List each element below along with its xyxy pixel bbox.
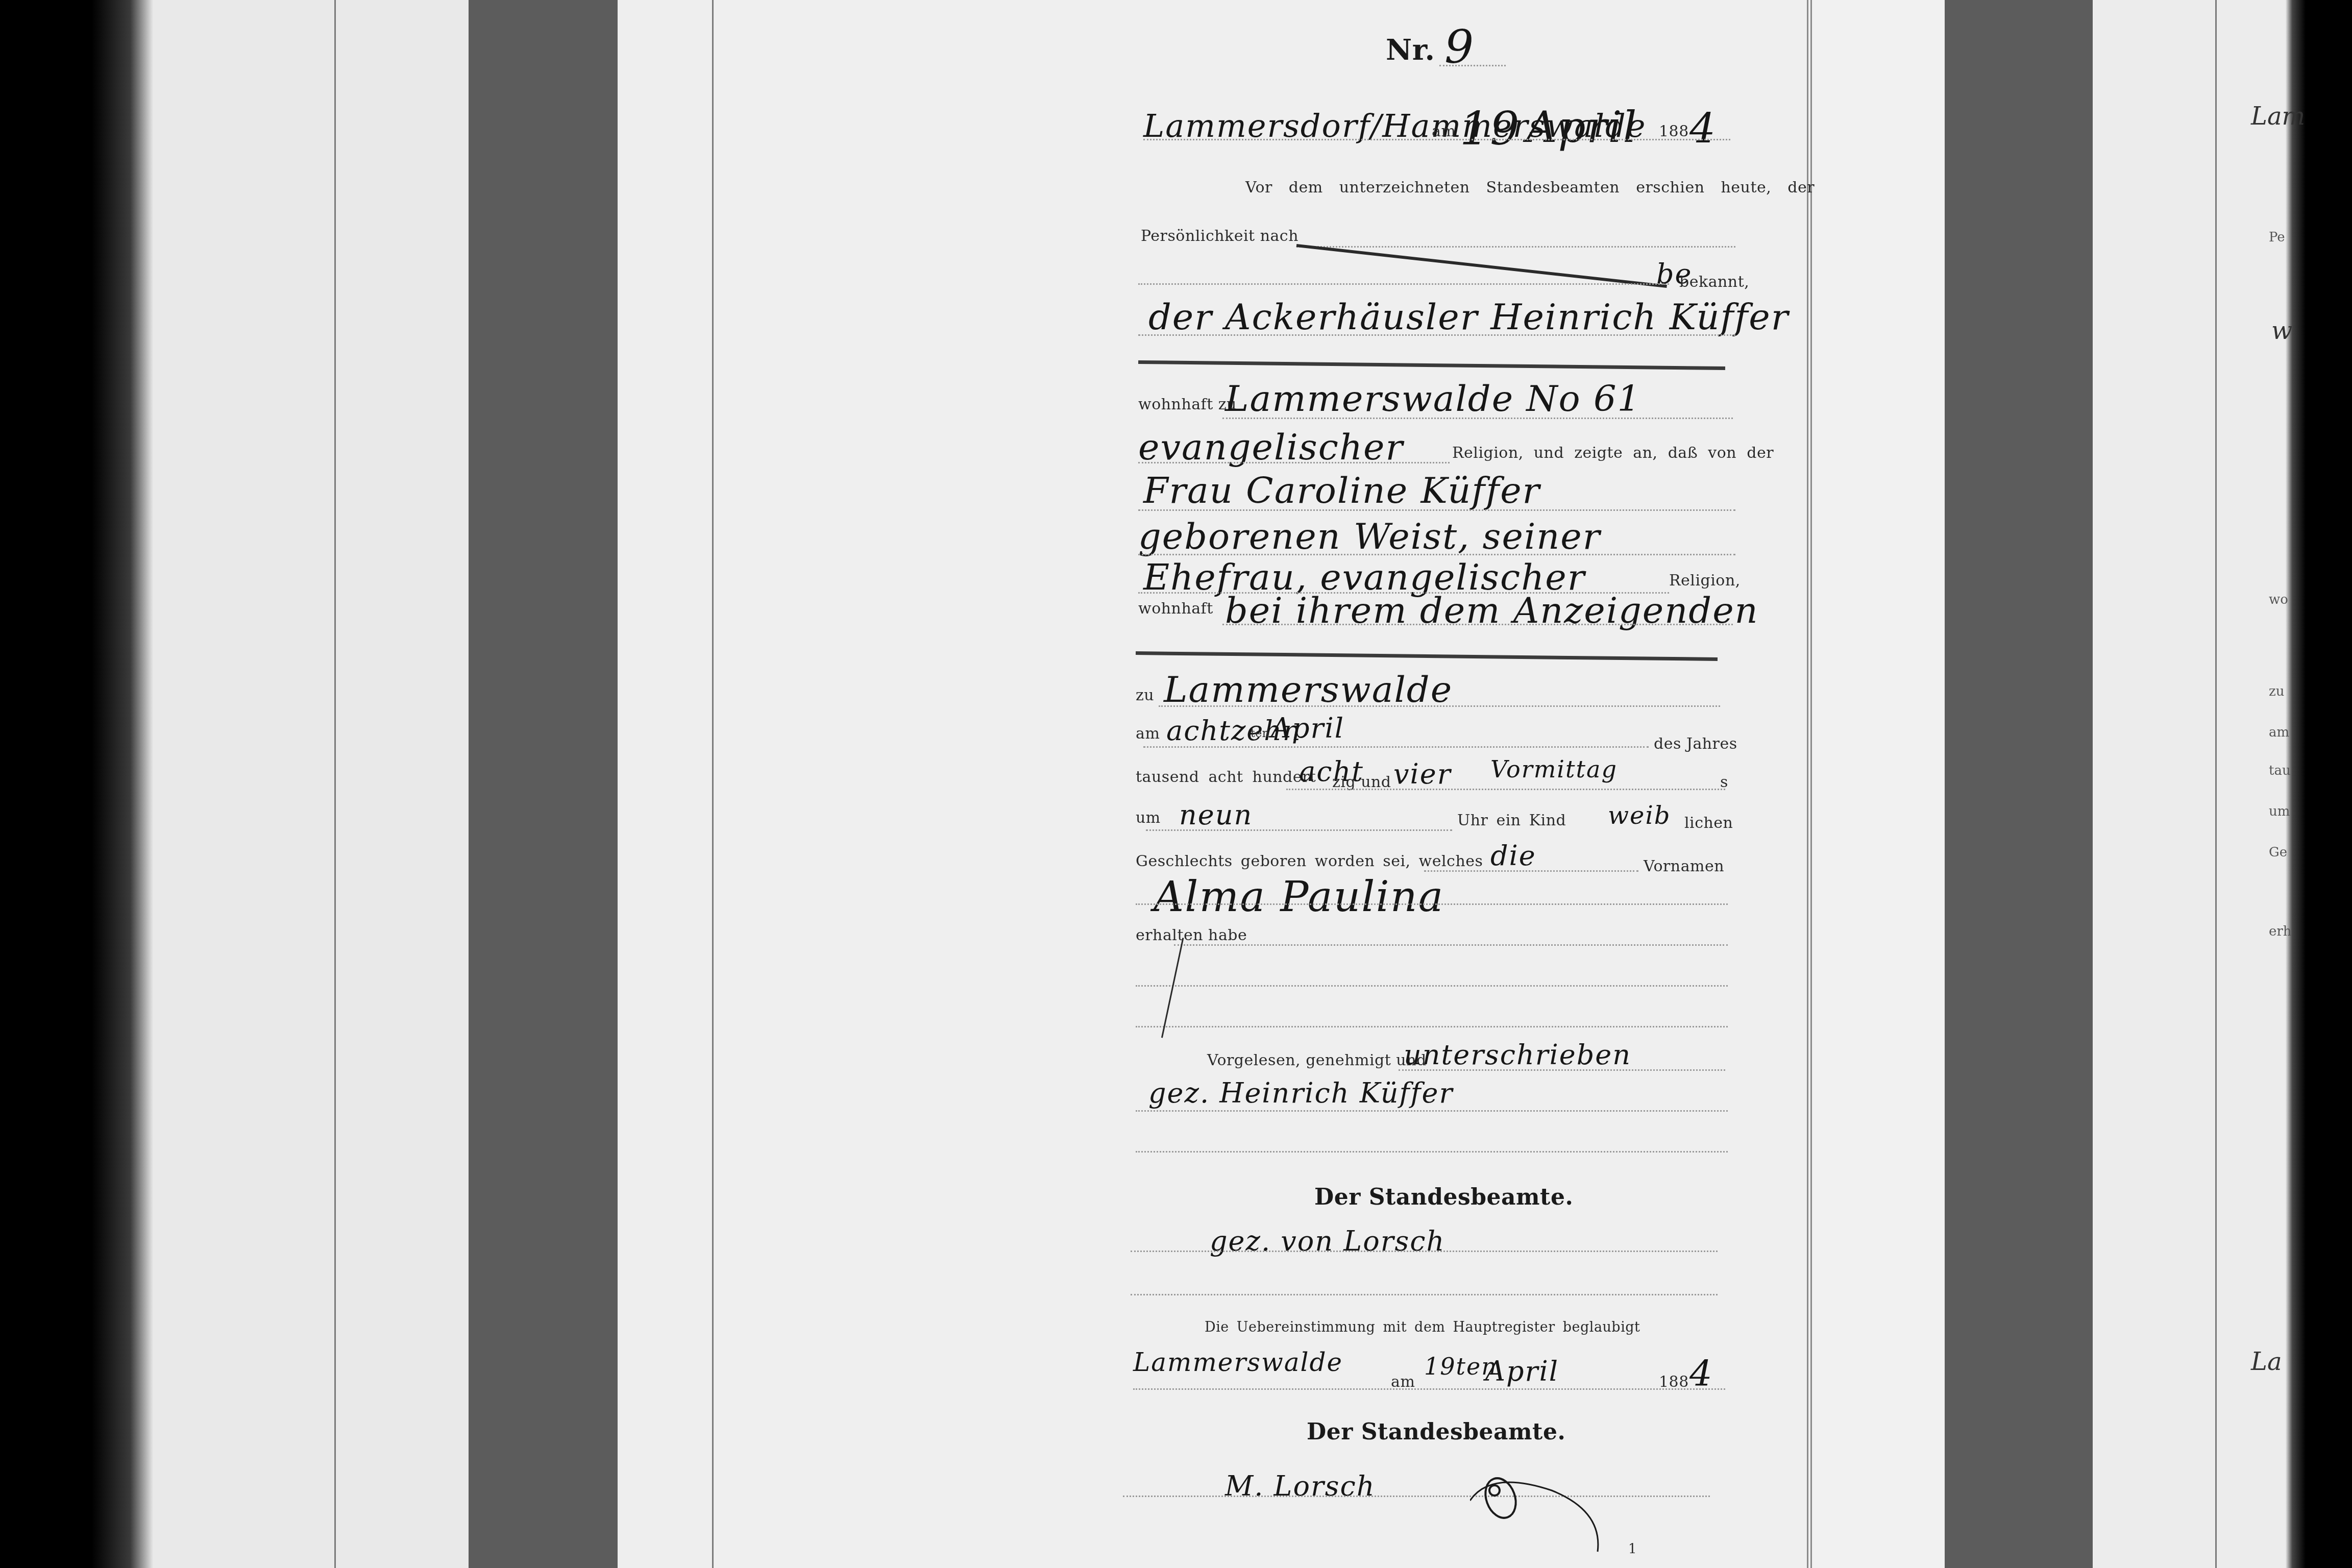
birth-hour-line xyxy=(1146,829,1452,831)
informant-residence: Lammerswalde No 61 xyxy=(1225,378,1641,420)
identity-line-1 xyxy=(1296,246,1735,248)
informant-signature: gez. Heinrich Küffer xyxy=(1148,1077,1453,1109)
side-fragment: zu xyxy=(2269,684,2284,699)
left-page-edge-line xyxy=(334,0,336,1568)
right-vignette xyxy=(2286,0,2352,1568)
birth-sex: weib xyxy=(1608,801,1671,830)
birth-des-jahres: des Jahres xyxy=(1654,735,1737,753)
birth-article: die xyxy=(1490,840,1536,872)
birth-month: April xyxy=(1271,712,1344,744)
header-date-line xyxy=(1143,139,1730,140)
header-day: 19 xyxy=(1460,102,1521,156)
vorgelesen-label: Vorgelesen, genehmigt und xyxy=(1207,1051,1427,1069)
side-fragment: wo xyxy=(2269,592,2288,607)
informant-signature-line xyxy=(1136,1110,1728,1112)
child-name-line xyxy=(1136,903,1728,905)
religion-line xyxy=(1138,462,1450,463)
right-gap-strip xyxy=(1812,0,1945,1568)
birth-um-label: um xyxy=(1136,809,1161,827)
side-fragment: w xyxy=(2271,316,2292,345)
registrar-signature-line xyxy=(1131,1251,1718,1252)
birth-article-line xyxy=(1424,870,1638,872)
informant-residence-label: wohnhaft zu xyxy=(1138,396,1237,413)
signed-line xyxy=(1399,1069,1725,1071)
left-inner-strip xyxy=(618,0,715,1568)
birth-erhalten-label: erhalten habe xyxy=(1136,926,1247,944)
mother-name-line xyxy=(1138,509,1735,511)
right-side-page xyxy=(2093,0,2297,1568)
registrar-heading: Der Standesbeamte. xyxy=(1314,1184,1573,1210)
side-fragment: Pe xyxy=(2269,230,2285,245)
cert-month: April xyxy=(1485,1355,1559,1387)
right-gray-band xyxy=(1945,0,2093,1568)
cert-registrar-heading: Der Standesbeamte. xyxy=(1307,1419,1565,1445)
inner-page-edge-line xyxy=(712,0,714,1568)
mother-born: geborenen Weist, seiner xyxy=(1138,516,1601,557)
signature-flourish-icon xyxy=(1470,1475,1644,1562)
cert-place: Lammerswalde xyxy=(1133,1347,1343,1377)
mother-born-line xyxy=(1138,554,1735,555)
signed-text: unterschrieben xyxy=(1404,1039,1631,1071)
birth-sex-suffix: lichen xyxy=(1684,814,1733,832)
record-number-label: Nr. xyxy=(1386,33,1435,67)
mother-residence-label: wohnhaft xyxy=(1138,600,1213,618)
left-vignette xyxy=(0,0,153,1568)
left-gray-band xyxy=(469,0,618,1568)
side-fragment: Ge xyxy=(2269,845,2287,860)
birth-vornamen-label: Vornamen xyxy=(1644,857,1724,875)
blank-line-2 xyxy=(1136,985,1728,987)
birth-geschlechts-label: Geschlechts geboren worden sei, welches xyxy=(1136,852,1483,870)
registrar-signature: gez. von Lorsch xyxy=(1210,1225,1445,1257)
left-backing-strip xyxy=(102,0,470,1568)
mother-name: Frau Caroline Küffer xyxy=(1143,470,1540,511)
side-fragment: erh xyxy=(2269,924,2292,939)
record-number-line xyxy=(1439,65,1506,66)
intro-text: Vor dem unterzeichneten Standesbeamten e… xyxy=(1245,179,1815,197)
header-month: April xyxy=(1526,102,1637,152)
informant-line xyxy=(1138,334,1735,336)
informant-religion-text: Religion, und zeigte an, daß von der xyxy=(1452,444,1774,462)
side-fragment: tau xyxy=(2269,763,2291,778)
footer-mark: 1 xyxy=(1628,1541,1637,1557)
birth-year-line xyxy=(1286,789,1725,790)
side-fragment: am xyxy=(2269,725,2289,740)
birth-ten-label: ten xyxy=(1251,727,1270,740)
mother-religion-text: Religion, xyxy=(1669,572,1741,590)
side-fragment: La xyxy=(2251,1347,2282,1376)
side-fragment: Lam xyxy=(2251,102,2305,131)
birth-hour: neun xyxy=(1179,799,1253,831)
birth-date-line xyxy=(1143,746,1649,748)
child-name: Alma Paulina xyxy=(1154,873,1444,921)
birth-uhr-label: Uhr ein Kind xyxy=(1457,812,1566,829)
informant-name: der Ackerhäusler Heinrich Küffer xyxy=(1148,296,1789,338)
identity-label: Persönlichkeit nach xyxy=(1141,227,1298,245)
blank-line-1 xyxy=(1174,944,1728,946)
birth-am-label: am xyxy=(1136,725,1160,743)
identity-suffix: bekannt, xyxy=(1679,273,1749,291)
birth-place: Lammerswalde xyxy=(1164,669,1453,710)
birth-zu-label: zu xyxy=(1136,687,1154,704)
blank-line-4 xyxy=(1136,1151,1728,1153)
birth-time-of-day: Vormittag xyxy=(1490,755,1618,783)
birth-place-line xyxy=(1159,705,1720,707)
side-fragment: um xyxy=(2269,804,2290,819)
identity-line-2 xyxy=(1138,283,1669,285)
birth-tausend-label: tausend acht hundert xyxy=(1136,768,1316,786)
residence-line xyxy=(1222,418,1733,419)
header-year-prefix: 188 xyxy=(1659,122,1689,140)
blank-line-5 xyxy=(1131,1294,1718,1295)
header-am-label: am xyxy=(1432,122,1456,140)
cert-registrar-signature: M. Lorsch xyxy=(1225,1470,1376,1502)
mother-residence-line xyxy=(1222,624,1733,625)
header-year-suffix: 4 xyxy=(1689,105,1717,152)
cert-date-line xyxy=(1133,1388,1725,1390)
certification-text: Die Uebereinstimmung mit dem Hauptregist… xyxy=(1205,1319,1640,1335)
birth-year-unit: vier xyxy=(1393,758,1452,790)
right-page-edge-line xyxy=(2215,0,2217,1568)
blank-line-3 xyxy=(1136,1026,1728,1027)
